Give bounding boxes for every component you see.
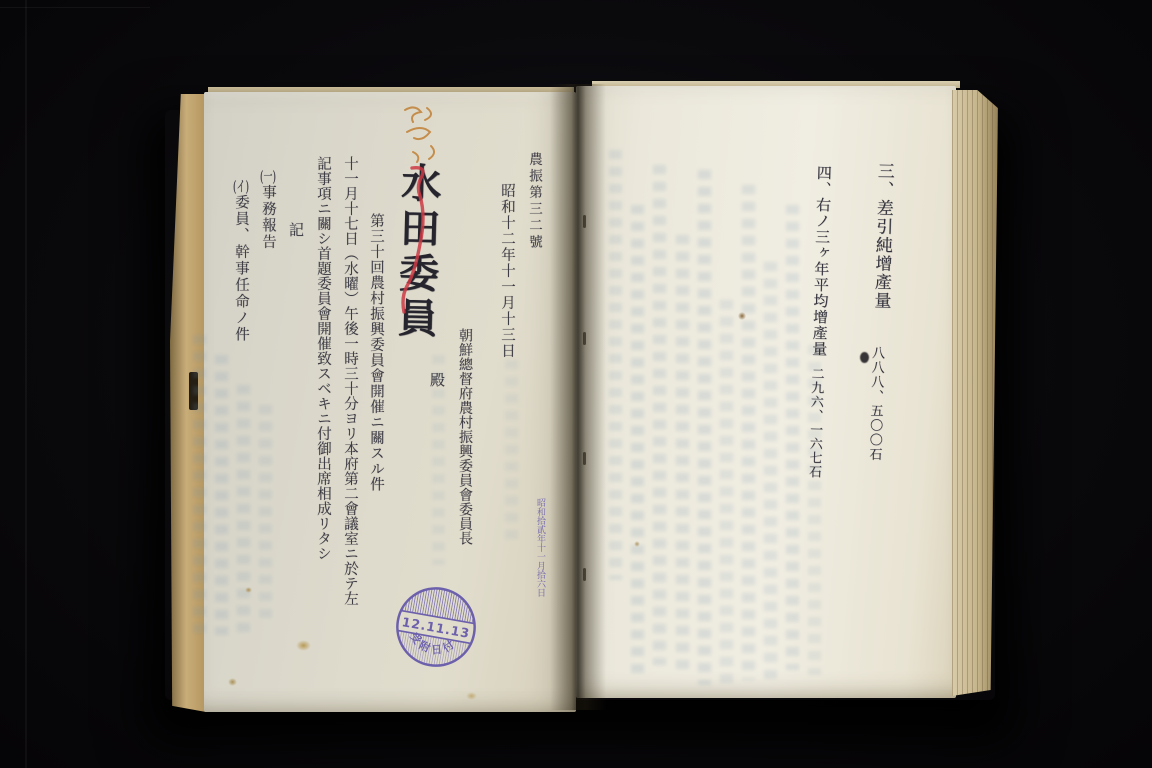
book-gutter: [550, 84, 606, 710]
sender-title: 朝鮮總督府農村振興委員會委員長: [455, 328, 475, 546]
binding-stitch: [583, 568, 586, 581]
agenda-item-2-label: (イ): [233, 180, 249, 195]
backdrop-edge-line-top: [0, 7, 150, 8]
bleed-through: [653, 165, 666, 665]
right-entry-1-heading: 三、差引純增產量: [870, 162, 894, 310]
foxing-spot: [738, 312, 746, 320]
foxing-spot: [634, 541, 640, 547]
agenda-item-2: (イ)委員、幹事任命ノ件: [231, 180, 252, 343]
binding-stitch: [583, 452, 586, 465]
right-entry-1-value: 八八八、五〇〇石: [866, 346, 884, 462]
orange-annotation-icon: [397, 102, 451, 168]
ink-blot: [860, 352, 869, 363]
doc-number: 農振第三二號: [524, 152, 544, 251]
bleed-through: [505, 360, 518, 540]
bleed-through: [215, 355, 228, 635]
body-line-2: 記事項ニ關シ首題委員會開催致スベキニ付御出席相成リタシ: [313, 156, 334, 561]
red-check-mark-icon: [398, 160, 438, 320]
bleed-through: [631, 205, 644, 675]
subject-line: 第三十回農村振興委員會開催ニ關スル件: [366, 213, 387, 492]
bleed-through: [609, 150, 622, 580]
agenda-item-1-label: (一): [260, 170, 276, 185]
binding-stitch: [583, 332, 586, 345]
agenda-item-1-text: 事務報告: [260, 185, 276, 251]
agenda-item-2-text: 委員、幹事任命ノ件: [233, 195, 249, 344]
bleed-through: [786, 205, 799, 670]
bleed-through: [676, 235, 689, 675]
record-heading: 記: [286, 222, 307, 237]
foxing-spot: [228, 678, 237, 686]
honorific: 殿: [427, 372, 448, 387]
date-stamp: 12.11.13 受附日付: [387, 578, 484, 675]
bleed-through: [237, 385, 250, 640]
bleed-through: [764, 262, 777, 682]
photo-stage: 農振第三二號 昭和十二年十一月十三日 朝鮮總督府農村振興委員會委員長 水田委員 …: [0, 0, 1152, 768]
body-line-1: 十一月十七日（水曜）午後一時三十分ヨリ本府第二會議室ニ於テ左: [340, 156, 361, 606]
bleed-through: [742, 185, 755, 680]
right-entry-2-heading: 四、右ノ三ヶ年平均增產量: [810, 165, 833, 357]
right-page-edge-stack: [952, 90, 998, 696]
bleed-through: [698, 170, 711, 685]
bleed-through: [259, 405, 272, 620]
bleed-through: [193, 335, 206, 635]
right-entry-2-value: 二九六、一六七石: [806, 367, 824, 479]
foxing-spot: [245, 587, 252, 593]
doc-date: 昭和十二年十一月十三日: [497, 183, 518, 359]
bleed-through: [720, 300, 733, 685]
binding-stitch: [583, 215, 586, 228]
foxing-spot: [466, 692, 477, 700]
received-stamp-text: 昭和拾貳年十一月拾六日: [534, 498, 547, 597]
agenda-item-1: (一)事務報告: [258, 170, 279, 251]
foxing-spot: [296, 640, 311, 651]
backdrop-edge-line: [25, 0, 27, 768]
